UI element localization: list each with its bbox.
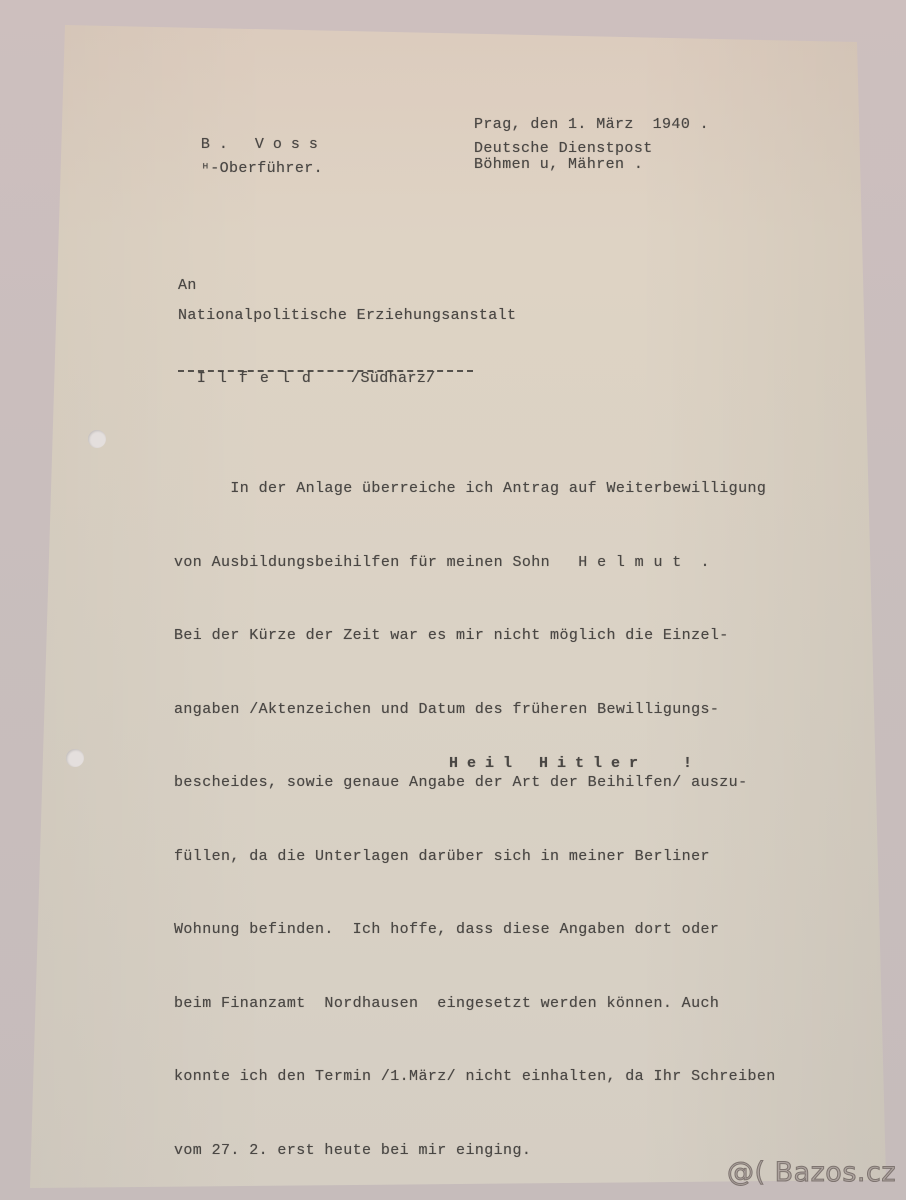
region-line: Böhmen u, Mähren . [474, 153, 643, 178]
recipient-salutation: An [178, 274, 197, 299]
body-line: füllen, da die Unterlagen darüber sich i… [174, 845, 776, 870]
body-line: Wohnung befinden. Ich hoffe, dass diese … [174, 918, 776, 943]
punch-hole-top [88, 430, 106, 448]
watermark-logo: @( Bazos.cz [727, 1157, 896, 1188]
body-line: beim Finanzamt Nordhausen eingesetzt wer… [174, 992, 776, 1017]
punch-hole-bottom [66, 749, 84, 767]
recipient-underline [178, 370, 473, 374]
body-line: In der Anlage überreiche ich Antrag auf … [174, 477, 776, 502]
recipient-city-line: Ilfeld /Südharz/ [178, 342, 436, 391]
body-line: Bei der Kürze der Zeit war es mir nicht … [174, 624, 776, 649]
body-line: angaben /Aktenzeichen und Datum des früh… [174, 698, 776, 723]
body-line: konnte ich den Termin /1.März/ nicht ein… [174, 1065, 776, 1090]
closing: Heil Hitler ! [449, 752, 701, 777]
recipient-institution: Nationalpolitische Erziehungsanstalt [178, 304, 516, 329]
place-date: Prag, den 1. März 1940 . [474, 113, 709, 138]
body-line: von Ausbildungsbeihilfen für meinen Sohn… [174, 551, 776, 576]
sender-rank-line: ᵸ-Oberführer. [182, 132, 323, 181]
sender-rank: ᵸ-Oberführer. [201, 160, 323, 177]
body-line: vom 27. 2. erst heute bei mir einging. [174, 1139, 776, 1164]
letter-body: In der Anlage überreiche ich Antrag auf … [174, 428, 776, 1188]
